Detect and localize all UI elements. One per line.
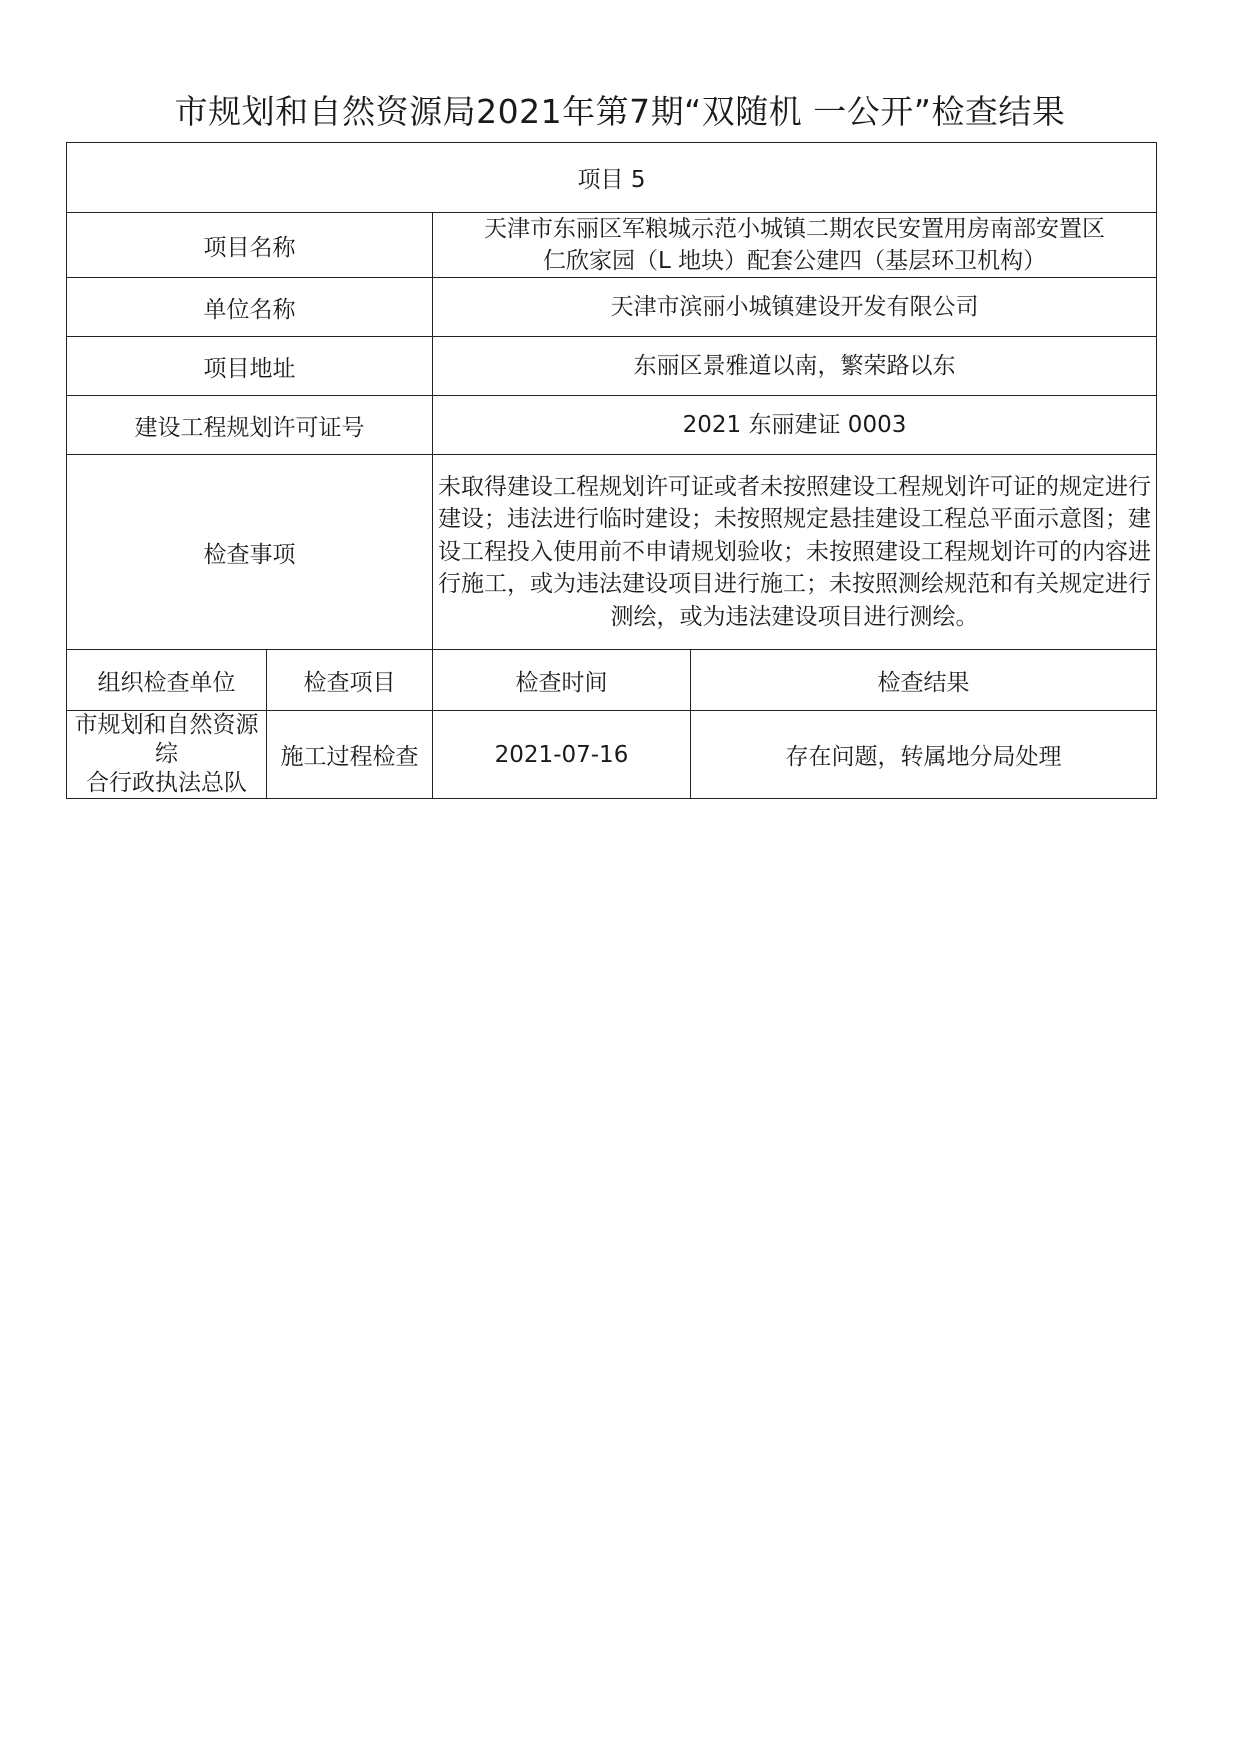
cell-result: 存在问题，转属地分局处理 [691, 711, 1157, 799]
document-title: 市规划和自然资源局2021年第7期“双随机 一公开”检查结果 [0, 86, 1240, 133]
cell-item: 施工过程检查 [267, 711, 433, 799]
cell-date: 2021-07-16 [433, 711, 691, 799]
org-line-1: 市规划和自然资源综 [67, 711, 266, 769]
table-row: 市规划和自然资源综 合行政执法总队 施工过程检查 2021-07-16 存在问题… [67, 711, 1157, 799]
inspection-table: 项目 5 项目名称 天津市东丽区军粮城示范小城镇二期农民安置用房南部安置区 仁欣… [66, 142, 1157, 799]
label-permit-number: 建设工程规划许可证号 [67, 396, 433, 455]
label-project-address: 项目地址 [67, 337, 433, 396]
column-header-org: 组织检查单位 [67, 650, 267, 711]
column-header-result: 检查结果 [691, 650, 1157, 711]
value-permit-number: 2021 东丽建证 0003 [433, 396, 1157, 455]
value-inspection-items: 未取得建设工程规划许可证或者未按照建设工程规划许可证的规定进行建设；违法进行临时… [433, 455, 1157, 650]
column-header-date: 检查时间 [433, 650, 691, 711]
label-project-name: 项目名称 [67, 213, 433, 278]
column-header-item: 检查项目 [267, 650, 433, 711]
value-project-address: 东丽区景雅道以南，繁荣路以东 [433, 337, 1157, 396]
project-name-line-2: 仁欣家园（L 地块）配套公建四（基层环卫机构） [433, 245, 1156, 277]
value-project-name: 天津市东丽区军粮城示范小城镇二期农民安置用房南部安置区 仁欣家园（L 地块）配套… [433, 213, 1157, 278]
label-inspection-items: 检查事项 [67, 455, 433, 650]
project-header: 项目 5 [67, 143, 1157, 213]
value-unit-name: 天津市滨丽小城镇建设开发有限公司 [433, 278, 1157, 337]
org-line-2: 合行政执法总队 [67, 769, 266, 798]
project-name-line-1: 天津市东丽区军粮城示范小城镇二期农民安置用房南部安置区 [433, 213, 1156, 245]
cell-org: 市规划和自然资源综 合行政执法总队 [67, 711, 267, 799]
label-unit-name: 单位名称 [67, 278, 433, 337]
